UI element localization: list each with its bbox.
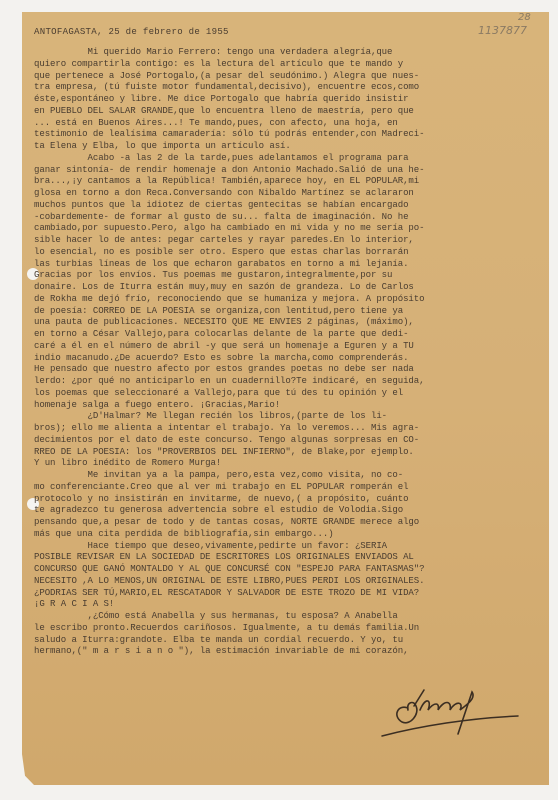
letter-line: testimonio de lealísima camaradería: sól… — [34, 129, 424, 139]
letter-header: ANTOFAGASTA, 25 de febrero de 1955 — [34, 27, 229, 37]
signature — [380, 676, 540, 746]
letter-line: ganar sintonía- de rendir homenaje a don… — [34, 165, 424, 175]
letter-line: en PUEBLO DEL SALAR GRANDE,que lo encuen… — [34, 106, 414, 116]
letter-line: He pensado que nuestro afecto por estos … — [34, 364, 414, 374]
letter-line: en torno a César Vallejo,para colocarlas… — [34, 329, 408, 339]
letter-line: glosa en torno a don Reca.Conversando co… — [34, 188, 414, 198]
letter-line: Mi querido Mario Ferrero: tengo una verd… — [34, 47, 392, 57]
letter-line: donaire. Los de Iturra están muy,muy en … — [34, 282, 414, 292]
letter-line: RREO DE LA POESIA: los "PROVERBIOS DEL I… — [34, 447, 414, 457]
letter-line: Gracias por los envíos. Tus poemas me gu… — [34, 270, 392, 280]
letter-line: más que una cita perdida de bibliografía… — [34, 529, 334, 539]
letter-line: ¿D'Halmar? Me llegan recién los libros,(… — [34, 411, 387, 421]
letter-line: ¡G R A C I A S! — [34, 599, 114, 609]
letter-line: de poesía: CORREO DE LA POESIA se organi… — [34, 306, 403, 316]
letter-line: hermano,(" m a r s i a n o "), la estima… — [34, 646, 408, 656]
letter-line: bra...,¡y cantamos a la República! Tambi… — [34, 176, 419, 186]
letter-line: le escribo pronto.Recuerdos cariñosos. I… — [34, 623, 419, 633]
letter-line: NECESITO ,A LO MENOS,UN ORIGINAL DE ESTE… — [34, 576, 424, 586]
letter-line: homenaje salga a fuego entero. ¡Gracias,… — [34, 400, 280, 410]
letter-line: bros); ello me alienta a intentar el tra… — [34, 423, 419, 433]
letter-line: lerdo: ¿por qué no anticiparlo en un cua… — [34, 376, 424, 386]
letter-line: muchos puntos que la idiotez de ciertas … — [34, 200, 408, 210]
letter-line: ¿PODRIAS SER TÚ,MARIO,EL RESCATADOR Y SA… — [34, 588, 419, 598]
catalog-number: 1137877 — [478, 24, 527, 37]
letter-line: CONCURSO QUE GANÓ MONTALDO Y AL QUE CONC… — [34, 564, 424, 574]
letter-line: caré a él en el número de abril -y que s… — [34, 341, 414, 351]
letter-line: saludo a Iturra:grandote. Elba te manda … — [34, 635, 403, 645]
letter-line: ta Elena y Elba, lo que importa un artíc… — [34, 141, 291, 151]
letter-line: éste,espontáneo y libre. Me dice Portoga… — [34, 94, 408, 104]
page-number: 28 — [518, 12, 531, 23]
letter-line: una pauta de publicaciones. NECESITO QUE… — [34, 317, 414, 327]
letter-line: las turbias líneas de los que echaron ga… — [34, 259, 408, 269]
letter-line: de Rokha me dejó frío, reconociendo que … — [34, 294, 424, 304]
letter-line: mo conferenciante.Creo que al ver mi tra… — [34, 482, 408, 492]
letter-line: -cobardemente- de formar al gusto de su.… — [34, 212, 408, 222]
letter-line: Hace tiempo que deseo,vivamente,pedirte … — [34, 541, 387, 551]
letter-line: quiero compartirla contigo: es la lectur… — [34, 59, 403, 69]
letter-line: te agradezco tu generosa advertencia sob… — [34, 505, 403, 515]
letter-line: cambiado,por supuesto.Pero, algo ha camb… — [34, 223, 424, 233]
letter-line: indio macanudo.¿De acuerdo? Esto es sobr… — [34, 353, 408, 363]
letter-line: que pertenece a José Portogalo,(a pesar … — [34, 71, 419, 81]
letter-line: POSIBLE REVISAR EN LA SOCIEDAD DE ESCRIT… — [34, 552, 414, 562]
letter-line: los poemas que seleccionaré a Vallejo,pa… — [34, 388, 403, 398]
letter-line: protocolo y no insistirán en invitarme, … — [34, 494, 408, 504]
letter-line: ... está en Buenos Aires...! Te mando,pu… — [34, 118, 398, 128]
letter-line: tra empresa, (tú fuiste motor fundamenta… — [34, 82, 419, 92]
letter-line: sible hacer lo de antes: pegar carteles … — [34, 235, 414, 245]
letter-line: Y un libro inédito de Romero Murga! — [34, 458, 221, 468]
letter-line: Me invitan ya a la pampa, pero,esta vez,… — [34, 470, 403, 480]
letter-line: Acabo -a las 2 de la tarde,pues adelanta… — [34, 153, 408, 163]
letter-line: lo esencial, no es posible ser otro. Esp… — [34, 247, 408, 257]
letter-line: ,¿Cómo está Anabella y sus hermanas, tu … — [34, 611, 398, 621]
letter-line: decimientos por el dato de este concurso… — [34, 435, 419, 445]
letter-line: pensando que,a pesar de todo y de tantas… — [34, 517, 419, 527]
